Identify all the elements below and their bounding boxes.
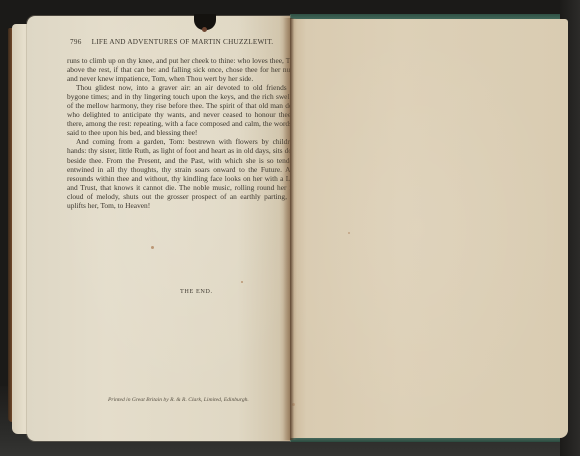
running-head: 796 LIFE AND ADVENTURES OF MARTIN CHUZZL…	[70, 38, 300, 46]
body-text: runs to climb up on thy knee, and put he…	[67, 56, 301, 210]
stain-mark	[202, 27, 207, 32]
running-head-title: LIFE AND ADVENTURES OF MARTIN CHUZZLEWIT…	[92, 38, 274, 46]
left-page: 796 LIFE AND ADVENTURES OF MARTIN CHUZZL…	[27, 16, 290, 441]
book-gutter	[283, 18, 297, 440]
book-photo: 796 LIFE AND ADVENTURES OF MARTIN CHUZZL…	[0, 0, 580, 456]
paragraph: And coming from a garden, Tom: bestrewn …	[67, 137, 301, 209]
paragraph: runs to climb up on thy knee, and put he…	[67, 56, 301, 83]
paragraph: Thou glidest now, into a graver air: an …	[67, 83, 301, 137]
printer-imprint: Printed in Great Britain by R. & R. Clar…	[108, 397, 249, 403]
foxing-spot	[241, 281, 243, 283]
foxing-spot	[348, 232, 350, 234]
foxing-spot	[151, 246, 154, 249]
the-end-label: THE END.	[180, 288, 213, 295]
page-number: 796	[70, 38, 82, 46]
right-page-blank	[290, 19, 568, 438]
